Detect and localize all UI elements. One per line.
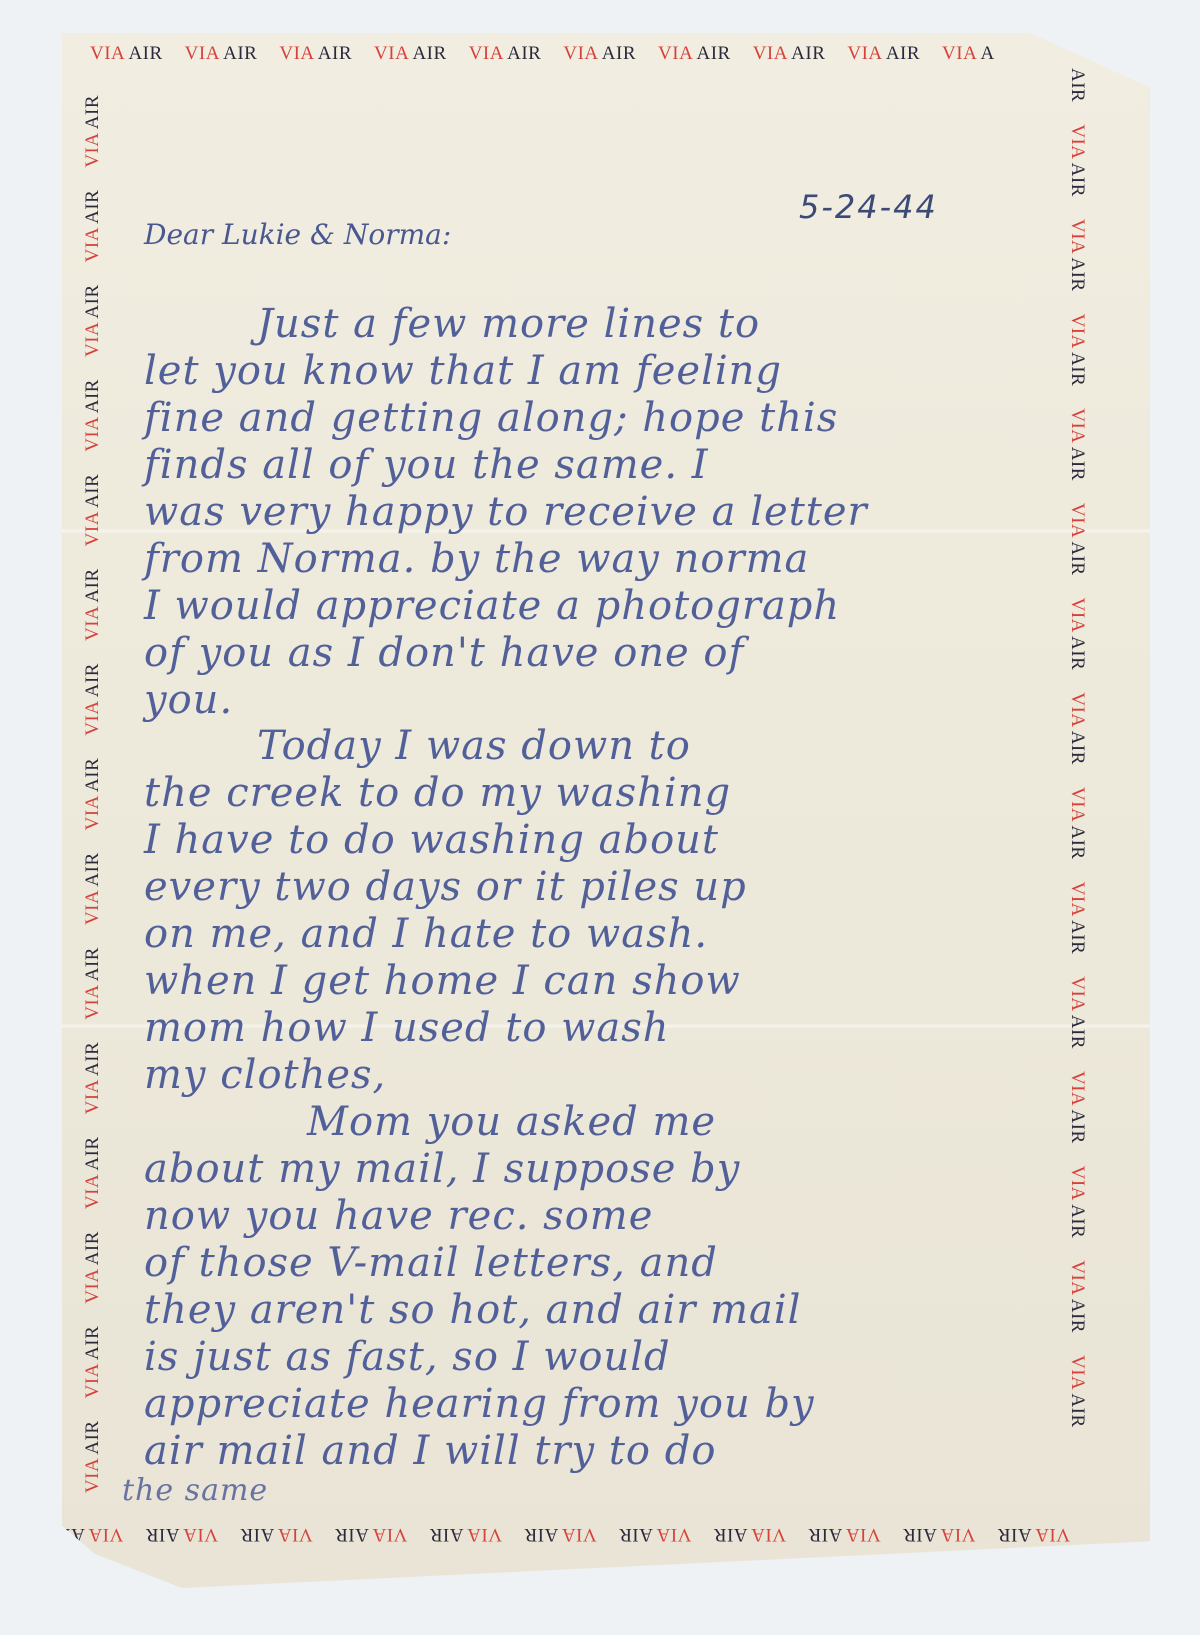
airmail-border-right: AIRVIA AIRVIA AIRVIA AIRVIA AIRVIA AIRVI… xyxy=(1062,68,1088,1488)
letter-line: mom how I used to wash xyxy=(144,1005,670,1051)
letter-line: fine and getting along; hope this xyxy=(144,395,838,441)
letter-line: Mom you asked me xyxy=(307,1099,716,1145)
letter-line: I have to do washing about xyxy=(144,817,719,863)
letter-line: Just a few more lines to xyxy=(257,301,760,347)
letter-line: they aren't so hot, and air mail xyxy=(144,1287,801,1333)
letter-line: my clothes, xyxy=(144,1052,386,1098)
letter-line: the same xyxy=(122,1473,268,1508)
letter-line: from Norma. by the way norma xyxy=(144,536,809,582)
letter-line: when I get home I can show xyxy=(144,958,741,1004)
letter-line: let you know that I am feeling xyxy=(144,348,782,394)
letter-line: on me, and I hate to wash. xyxy=(144,911,708,957)
letter-line: about my mail, I suppose by xyxy=(144,1146,740,1192)
letter-line: of you as I don't have one of xyxy=(144,630,744,676)
letter-date: 5-24-44 xyxy=(799,188,938,226)
letter-line: the creek to do my washing xyxy=(144,770,731,816)
letter-line: of those V-mail letters, and xyxy=(144,1240,718,1286)
letter-line: is just as fast, so I would xyxy=(144,1334,671,1380)
letter-line: appreciate hearing from you by xyxy=(144,1381,815,1427)
letter-line: you. xyxy=(144,677,233,723)
airmail-letter-paper: VIA AIRVIA AIRVIA AIRVIA AIRVIA AIRVIA A… xyxy=(62,33,1150,1588)
letter-line: was very happy to receive a letter xyxy=(144,489,868,535)
letter-line: finds all of you the same. I xyxy=(144,442,709,488)
letter-line: air mail and I will try to do xyxy=(144,1428,716,1474)
letter-line: Today I was down to xyxy=(257,723,691,769)
letter-line: now you have rec. some xyxy=(144,1193,653,1239)
airmail-border-left: VIA AIRVIA AIRVIA AIRVIA AIRVIA AIRVIA A… xyxy=(82,73,108,1503)
letter-greeting: Dear Lukie & Norma: xyxy=(144,218,451,251)
airmail-border-top: VIA AIRVIA AIRVIA AIRVIA AIRVIA AIRVIA A… xyxy=(90,43,1017,65)
airmail-border-bottom: VIA AIRVIA AIRVIA AIRVIA AIRVIA AIRVIA A… xyxy=(110,1523,1070,1545)
letter-line: I would appreciate a photograph xyxy=(144,583,840,629)
letter-line: every two days or it piles up xyxy=(144,864,747,910)
